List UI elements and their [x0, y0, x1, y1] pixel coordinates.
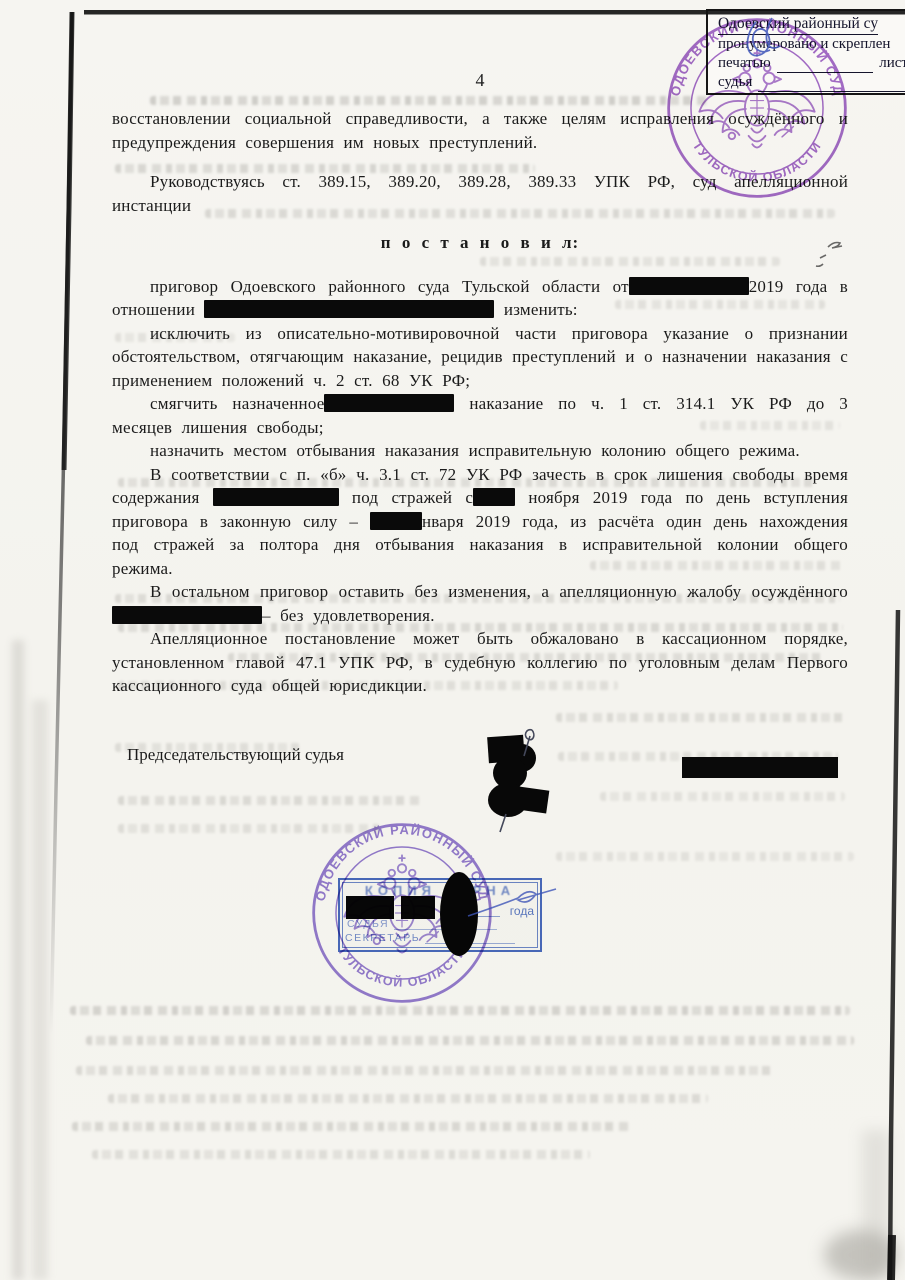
- court-round-stamp-top: [664, 15, 850, 201]
- redaction-bar: [473, 488, 515, 506]
- redacted-signature-blob: [480, 728, 570, 840]
- redaction-bar: [629, 277, 749, 295]
- bleed-through-artifact: [108, 1094, 708, 1103]
- paragraph: Апелляционное постановление может быть о…: [112, 627, 848, 698]
- redaction-bar-judge-name: [682, 757, 838, 778]
- paragraph: приговор Одоевского районного суда Тульс…: [112, 275, 848, 322]
- redaction-bar: [324, 394, 454, 412]
- bleed-through-artifact: [556, 852, 854, 861]
- redaction-bar-stamp-date: [346, 896, 394, 919]
- scan-edge-left-dark: [64, 12, 72, 470]
- bleed-through-artifact: [556, 713, 844, 722]
- bleed-through-artifact: [76, 1066, 776, 1075]
- paragraph: смягчить назначенное наказание по ч. 1 с…: [112, 392, 848, 439]
- scan-edge-right: [890, 610, 898, 1280]
- copy-stamp-judge-label: СУДЬЯ: [347, 918, 389, 930]
- bleed-through-artifact: [600, 792, 845, 801]
- scan-shadow-right: [862, 1130, 890, 1280]
- scanned-court-document-page: ОДОЕВСКИЙ РАЙОННЫЙ СУД ТУЛЬСКОЙ ОБЛАСТИ: [0, 0, 905, 1280]
- presiding-judge-label: Председательствующий судья: [127, 745, 344, 765]
- redaction-blob-stamp-signature: [440, 872, 478, 956]
- redaction-bar-stamp-month: [401, 896, 435, 919]
- redaction-bar: [204, 300, 494, 318]
- copy-stamp-secretary-label: СЕКРЕТАРЬ: [345, 932, 420, 944]
- bleed-through-artifact: [86, 1036, 854, 1045]
- bleed-through-artifact: [92, 1150, 590, 1159]
- bleed-through-artifact: [70, 1006, 850, 1015]
- scan-edge-left: [51, 12, 72, 1035]
- redaction-bar: [370, 512, 422, 530]
- paragraph: исключить из описательно-мотивировочной …: [112, 322, 848, 393]
- certification-sheets-label: лист: [879, 54, 905, 73]
- scan-streak-left-2: [32, 700, 48, 1280]
- redaction-bar: [112, 606, 262, 624]
- copy-stamp-year-label: года: [510, 904, 534, 918]
- paragraph: В остальном приговор оставить без измене…: [112, 580, 848, 627]
- resolution-heading: п о с т а н о в и л:: [112, 231, 848, 255]
- bleed-through-artifact: [118, 796, 423, 805]
- bleed-through-artifact: [72, 1122, 630, 1131]
- redaction-bar: [213, 488, 339, 506]
- paragraph: назначить местом отбывания наказания исп…: [112, 439, 848, 463]
- paragraph: В соответствии с п. «б» ч. 3.1 ст. 72 УК…: [112, 463, 848, 581]
- scan-streak-left-1: [12, 640, 24, 1280]
